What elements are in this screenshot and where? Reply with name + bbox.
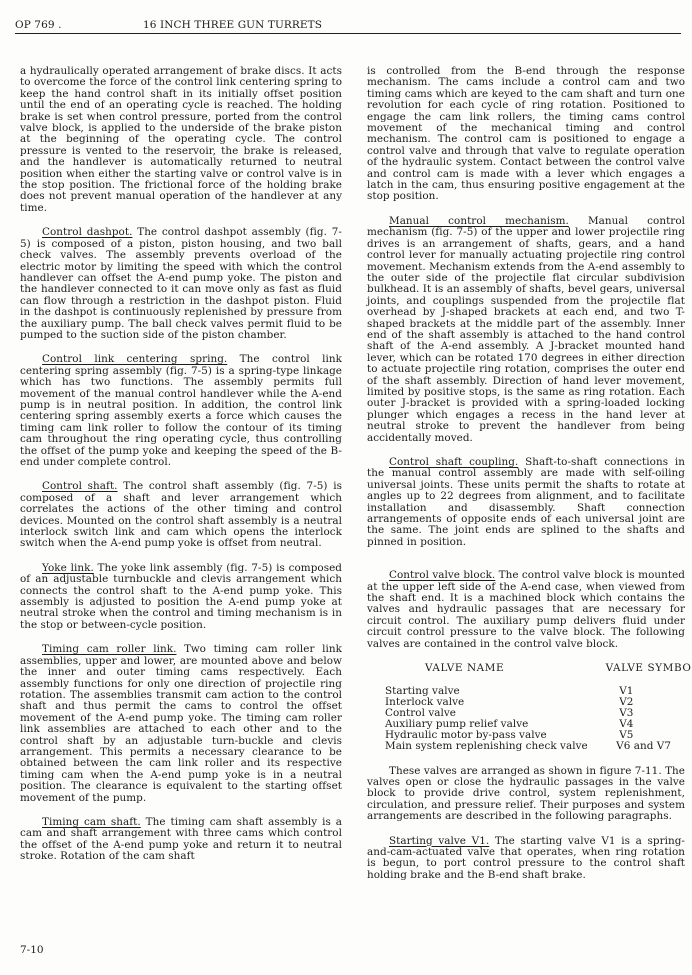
- paragraph-cam-shaft-continued: is controlled from the B-end through the…: [367, 66, 685, 203]
- paragraph-control-dashpot: Control dashpot. The control dashpot ass…: [20, 227, 342, 341]
- indent: [367, 569, 389, 581]
- paragraph-text: The control dashpot assembly (fig. 7-5) …: [20, 226, 342, 341]
- paragraph-timing-cam-shaft: Timing cam shaft. The timing cam shaft a…: [20, 817, 342, 863]
- indent: [20, 480, 42, 492]
- table-row: Control valve V3: [367, 708, 685, 719]
- valve-name: Interlock valve: [385, 697, 601, 708]
- paragraph-holding-brake: a hydraulically operated arrangement of …: [20, 66, 342, 214]
- table-row: Hydraulic motor by-pass valve V5: [367, 730, 685, 741]
- valve-name: Auxiliary pump relief valve: [385, 719, 601, 730]
- paragraph-yoke-link: Yoke link. The yoke link assembly (fig. …: [20, 563, 342, 631]
- paragraph-text: The control link centering spring assemb…: [20, 353, 342, 468]
- paragraph-control-valve-block: Control valve block. The control valve b…: [367, 570, 685, 650]
- paragraph-text: is controlled from the B-end through the…: [367, 65, 685, 202]
- paragraph-timing-cam-roller-link: Timing cam roller link. Two timing cam r…: [20, 644, 342, 804]
- document-title: 16 INCH THREE GUN TURRETS: [143, 19, 322, 31]
- paragraph-text: Two timing cam roller link assemblies, u…: [20, 643, 342, 803]
- page-number: 7-10: [20, 944, 44, 956]
- column-header-valve-name: VALVE NAME: [425, 663, 504, 674]
- valve-symbol: V3: [601, 708, 685, 719]
- section-heading-control-shaft-coupling: Control shaft coupling.: [389, 456, 518, 468]
- valve-symbol: V2: [601, 697, 685, 708]
- indent: [20, 226, 42, 238]
- indent: [20, 816, 42, 828]
- indent: [367, 215, 389, 227]
- indent: [20, 353, 42, 365]
- valve-name: Control valve: [385, 708, 601, 719]
- indent: [367, 835, 389, 847]
- paragraph-control-link-centering-spring: Control link centering spring. The contr…: [20, 354, 342, 468]
- valve-symbol: V5: [601, 730, 685, 741]
- paragraph-valve-arrangement: These valves are arranged as shown in fi…: [367, 766, 685, 823]
- right-column: is controlled from the B-end through the…: [367, 66, 685, 894]
- indent: [367, 765, 389, 777]
- table-row: Starting valve V1: [367, 686, 685, 697]
- table-row: Main system replenishing check valve V6 …: [367, 741, 685, 752]
- valve-symbol: V1: [601, 686, 685, 697]
- table-row: Auxiliary pump relief valve V4: [367, 719, 685, 730]
- paragraph-starting-valve: Starting valve V1. The starting valve V1…: [367, 836, 685, 882]
- section-heading-control-dashpot: Control dashpot.: [42, 226, 132, 238]
- section-heading-yoke-link: Yoke link.: [42, 562, 94, 574]
- paragraph-text: The control valve block is mounted at th…: [367, 569, 685, 649]
- paragraph-control-shaft: Control shaft. The control shaft assembl…: [20, 481, 342, 549]
- section-heading-timing-cam-roller-link: Timing cam roller link.: [42, 643, 176, 655]
- paragraph-manual-control-mechanism: Manual control mechanism. Manual control…: [367, 216, 685, 444]
- paragraph-text: Manual control mechanism (fig. 7-5) of t…: [367, 215, 685, 444]
- section-heading-control-valve-block: Control valve block.: [389, 569, 495, 581]
- header-rule: [15, 33, 681, 34]
- column-header-valve-symbol: VALVE SYMBOL: [606, 663, 692, 674]
- valve-name: Starting valve: [385, 686, 601, 697]
- paragraph-text: These valves are arranged as shown in fi…: [367, 765, 685, 823]
- paragraph-text: Shaft-to-shaft connections in the manual…: [367, 456, 685, 548]
- table-row: Interlock valve V2: [367, 697, 685, 708]
- valve-symbol: V6 and V7: [611, 741, 685, 752]
- section-heading-control-shaft: Control shaft.: [42, 480, 118, 492]
- section-heading-starting-valve: Starting valve V1.: [389, 835, 489, 847]
- valve-table-header: VALVE NAME VALVE SYMBOL: [367, 663, 685, 674]
- indent: [20, 562, 42, 574]
- valve-table: VALVE NAME VALVE SYMBOL Starting valve V…: [367, 663, 685, 751]
- valve-name: Main system replenishing check valve: [385, 741, 611, 752]
- section-heading-manual-control-mechanism: Manual control mechanism.: [389, 215, 569, 227]
- valve-name: Hydraulic motor by-pass valve: [385, 730, 601, 741]
- paragraph-control-shaft-coupling: Control shaft coupling. Shaft-to-shaft c…: [367, 457, 685, 548]
- paragraph-text: a hydraulically operated arrangement of …: [20, 65, 342, 214]
- section-heading-timing-cam-shaft: Timing cam shaft.: [42, 816, 141, 828]
- left-column: a hydraulically operated arrangement of …: [20, 66, 342, 876]
- indent: [20, 643, 42, 655]
- indent: [367, 456, 389, 468]
- section-heading-control-link-centering-spring: Control link centering spring.: [42, 353, 227, 365]
- document-code: OP 769 .: [15, 19, 62, 31]
- valve-symbol: V4: [601, 719, 685, 730]
